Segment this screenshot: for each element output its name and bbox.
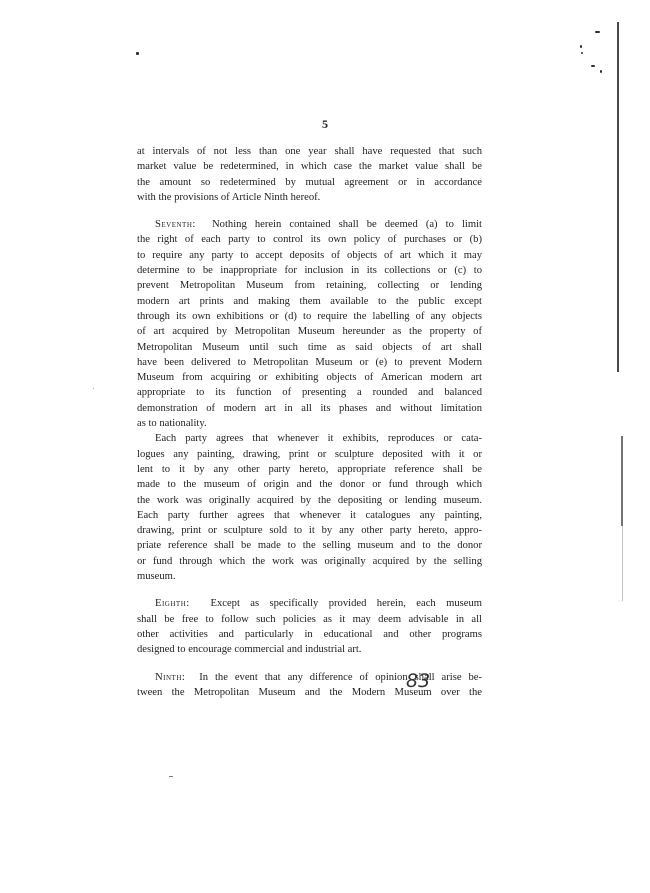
- text-line: at intervals of not less than one year s…: [137, 144, 482, 159]
- article-heading: Ninth:: [155, 672, 185, 683]
- text-line: Ninth: In the event that any difference …: [137, 670, 482, 685]
- text-line: museum.: [137, 569, 482, 584]
- paragraph-each-party: Each party agrees that whenever it exhib…: [137, 431, 482, 584]
- text-line: Each party further agrees that whenever …: [137, 508, 482, 523]
- text-line: Eighth: Except as specifically provided …: [137, 596, 482, 611]
- text-line: prevent Metropolitan Museum from retaini…: [137, 278, 482, 293]
- paragraph-seventh: Seventh: Nothing herein contained shall …: [137, 217, 482, 431]
- text-line: through its own exhibitions or (d) to re…: [137, 309, 482, 324]
- text-line: or fund through which the work was origi…: [137, 554, 482, 569]
- text-line: with the provisions of Article Ninth her…: [137, 190, 482, 205]
- text-line: appropriate to its function of presentin…: [137, 385, 482, 400]
- text-line: Metropolitan Museum until such time as s…: [137, 340, 482, 355]
- scan-speck: [169, 776, 173, 777]
- text-line: logues any painting, drawing, print or s…: [137, 447, 482, 462]
- page-number: 5: [0, 117, 650, 132]
- text-line: of art acquired by Metropolitan Museum h…: [137, 324, 482, 339]
- text-line: market value be redetermined, in which c…: [137, 159, 482, 174]
- text-line: designed to encourage commercial and ind…: [137, 642, 482, 657]
- scan-speck: [580, 45, 582, 48]
- text-line: as to nationality.: [137, 416, 482, 431]
- article-heading: Seventh:: [155, 219, 196, 230]
- paragraph-ninth: Ninth: In the event that any difference …: [137, 670, 482, 701]
- text-line: Each party agrees that whenever it exhib…: [137, 431, 482, 446]
- text-line: shall be free to follow such policies as…: [137, 612, 482, 627]
- margin-rule: [622, 526, 623, 601]
- scan-speck: [591, 65, 595, 67]
- text-fragment: In the event that any difference of opin…: [199, 672, 482, 683]
- text-line: Museum from acquiring or exhibiting obje…: [137, 370, 482, 385]
- text-fragment: Nothing herein contained shall be deemed…: [212, 219, 482, 230]
- text-line: Seventh: Nothing herein contained shall …: [137, 217, 482, 232]
- text-fragment: Except as specifically provided herein, …: [210, 598, 482, 609]
- text-line: lent to it by any other party hereto, ap…: [137, 462, 482, 477]
- text-line: other activities and particularly in edu…: [137, 627, 482, 642]
- text-line: priate reference shall be made to the se…: [137, 538, 482, 553]
- text-line: the amount so redetermined by mutual agr…: [137, 175, 482, 190]
- text-line: have been delivered to Metropolitan Muse…: [137, 355, 482, 370]
- scan-speck: [595, 31, 600, 33]
- text-line: determine to be inappropriate for inclus…: [137, 263, 482, 278]
- scan-speck: [600, 70, 602, 73]
- text-line: demonstration of modern art in all its p…: [137, 401, 482, 416]
- margin-rule: [621, 436, 623, 526]
- text-line: the work was originally acquired by the …: [137, 493, 482, 508]
- body-text: at intervals of not less than one year s…: [137, 144, 482, 700]
- margin-rule: [617, 22, 619, 372]
- text-line: modern art prints and making them availa…: [137, 294, 482, 309]
- text-line: to require any party to accept deposits …: [137, 248, 482, 263]
- text-line: made to the museum of origin and the don…: [137, 477, 482, 492]
- scan-speck: [136, 52, 139, 55]
- handwritten-folio-number: 83: [406, 670, 430, 692]
- text-line: the right of each party to control its o…: [137, 232, 482, 247]
- text-line: tween the Metropolitan Museum and the Mo…: [137, 685, 482, 700]
- paragraph-eighth: Eighth: Except as specifically provided …: [137, 596, 482, 657]
- paragraph-continuation: at intervals of not less than one year s…: [137, 144, 482, 205]
- scan-speck: [93, 388, 94, 389]
- article-heading: Eighth:: [155, 598, 190, 609]
- document-page: 5 at intervals of not less than one year…: [0, 0, 650, 893]
- scan-speck: [581, 52, 583, 54]
- text-line: drawing, print or sculpture sold to it b…: [137, 523, 482, 538]
